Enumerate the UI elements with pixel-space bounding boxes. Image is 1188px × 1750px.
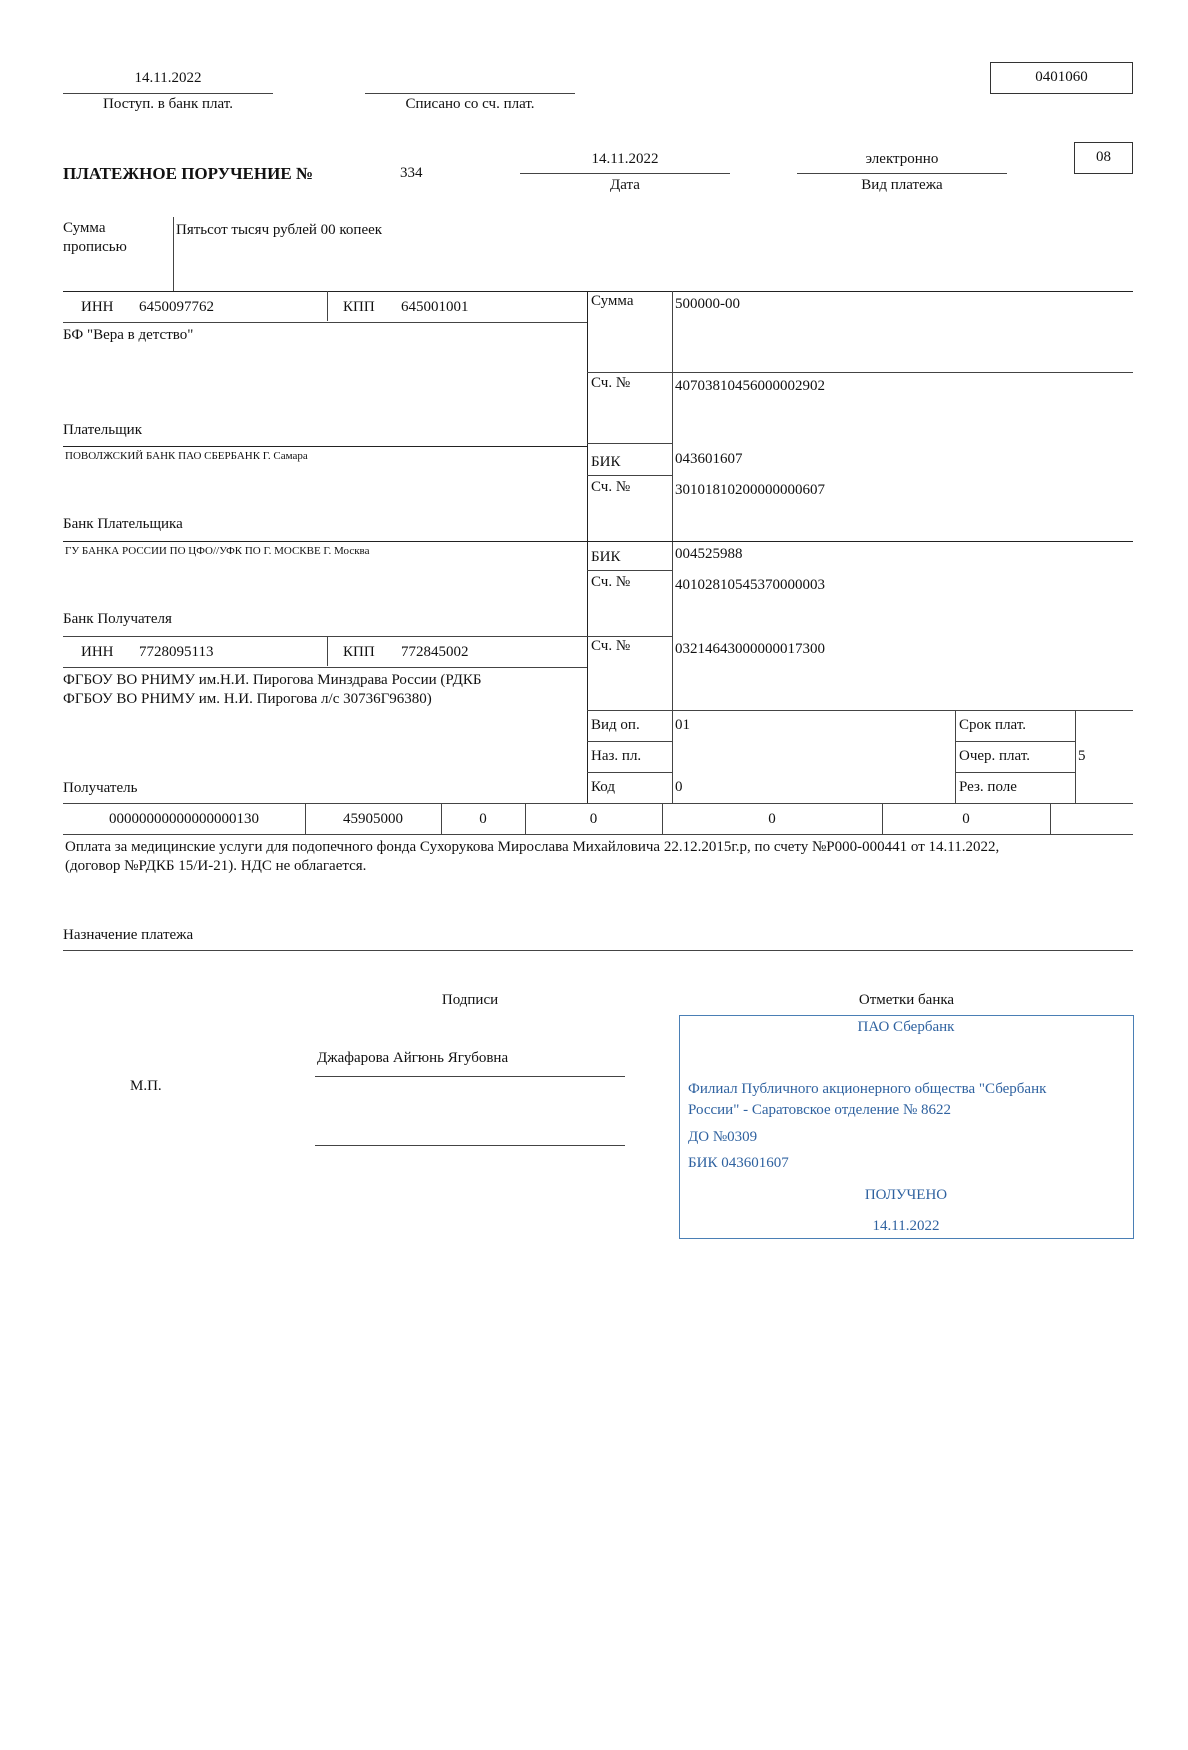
tax-field-doc-number: 0 — [662, 811, 882, 828]
op-type: 01 — [675, 717, 690, 734]
divider — [587, 570, 672, 571]
payer-account: 40703810456000002902 — [675, 378, 825, 395]
divider — [1050, 803, 1051, 834]
op-type-label: Вид оп. — [591, 717, 640, 734]
purpose-label: Назначение платежа — [63, 927, 193, 944]
amount-words-label-2: прописью — [63, 239, 127, 256]
payee-bank-name: ГУ БАНКА РОССИИ ПО ЦФО//УФК ПО Г. МОСКВЕ… — [65, 545, 370, 557]
payee-inn: 7728095113 — [139, 644, 213, 661]
divider — [672, 291, 673, 803]
payee-kpp: 772845002 — [401, 644, 469, 661]
payer-name: БФ "Вера в детство" — [63, 327, 193, 344]
stamp-branch-1: Филиал Публичного акционерного общества … — [688, 1081, 1046, 1098]
payment-type-label: Вид платежа — [797, 177, 1007, 194]
divider — [365, 93, 575, 94]
divider — [587, 741, 672, 742]
payer-bank-account: 30101810200000000607 — [675, 482, 825, 499]
debited-label: Списано со сч. плат. — [365, 96, 575, 113]
divider — [587, 710, 1133, 711]
tax-field-kbk: 00000000000000000130 — [63, 811, 305, 828]
payee-account: 03214643000000017300 — [675, 641, 825, 658]
tax-field-basis: 0 — [441, 811, 525, 828]
signer-name: Джафарова Айгюнь Ягубовна — [317, 1050, 508, 1067]
payer-kpp: 645001001 — [401, 299, 469, 316]
stamp-bank-name: ПАО Сбербанк — [680, 1019, 1132, 1036]
divider — [63, 950, 1133, 951]
payee-label: Получатель — [63, 780, 137, 797]
purpose-line-2: (договор №РДКБ 15/И-21). НДС не облагает… — [65, 858, 366, 875]
order-date-label: Дата — [520, 177, 730, 194]
reserve-label: Рез. поле — [959, 779, 1017, 796]
sum-label: Сумма — [591, 293, 633, 310]
payer-bank-label: Банк Плательщика — [63, 516, 183, 533]
payee-bank-account-label: Сч. № — [591, 574, 630, 591]
divider — [327, 291, 328, 321]
divider — [955, 772, 1075, 773]
stamp-date: 14.11.2022 — [680, 1218, 1132, 1235]
divider — [955, 741, 1075, 742]
divider — [1075, 710, 1076, 803]
payer-bank-account-label: Сч. № — [591, 479, 630, 496]
purpose-code-label: Наз. пл. — [591, 748, 641, 765]
payer-inn: 6450097762 — [139, 299, 214, 316]
form-code: 0401060 — [990, 62, 1133, 94]
code-label: Код — [591, 779, 615, 796]
priority-label: Очер. плат. — [959, 748, 1030, 765]
divider — [63, 636, 672, 637]
divider — [587, 475, 672, 476]
page-title: ПЛАТЕЖНОЕ ПОРУЧЕНИЕ № — [63, 164, 313, 184]
code: 0 — [675, 779, 683, 796]
divider — [587, 372, 1133, 373]
divider — [63, 446, 587, 447]
stamp-branch-2: России" - Саратовское отделение № 8622 — [688, 1102, 951, 1119]
order-date: 14.11.2022 — [520, 151, 730, 168]
divider — [587, 291, 588, 803]
status-code: 08 — [1074, 142, 1133, 174]
received-label: Поступ. в банк плат. — [63, 96, 273, 113]
divider — [955, 710, 956, 803]
received-date: 14.11.2022 — [63, 70, 273, 87]
priority: 5 — [1078, 748, 1086, 765]
stamp-place: М.П. — [130, 1078, 162, 1095]
payee-name-2: ФГБОУ ВО РНИМУ им. Н.И. Пирогова л/с 307… — [63, 691, 432, 708]
divider — [327, 636, 328, 666]
payer-label: Плательщик — [63, 422, 142, 439]
signatures-label: Подписи — [380, 992, 560, 1009]
divider — [63, 834, 1133, 835]
divider — [587, 443, 672, 444]
amount-words-value: Пятьсот тысяч рублей 00 копеек — [176, 222, 382, 239]
payer-inn-label: ИНН — [81, 299, 114, 316]
payee-bik-label: БИК — [591, 549, 620, 566]
divider — [63, 667, 587, 668]
divider — [63, 93, 273, 94]
divider — [797, 173, 1007, 174]
payer-kpp-label: КПП — [343, 299, 375, 316]
payee-bank-account: 40102810545370000003 — [675, 577, 825, 594]
divider — [63, 541, 1133, 542]
payer-bank-name: ПОВОЛЖСКИЙ БАНК ПАО СБЕРБАНК Г. Самара — [65, 450, 308, 462]
payee-kpp-label: КПП — [343, 644, 375, 661]
stamp-bik: БИК 043601607 — [688, 1155, 789, 1172]
payer-bik: 043601607 — [675, 451, 743, 468]
divider — [520, 173, 730, 174]
tax-field-doc-date: 0 — [882, 811, 1050, 828]
divider — [63, 322, 587, 323]
tax-field-period: 0 — [525, 811, 662, 828]
payee-inn-label: ИНН — [81, 644, 114, 661]
divider — [63, 803, 1133, 804]
amount-words-label-1: Сумма — [63, 220, 105, 237]
payee-account-label: Сч. № — [591, 638, 630, 655]
order-number: 334 — [400, 165, 423, 182]
divider — [587, 772, 672, 773]
divider — [173, 217, 174, 291]
signature-line-1 — [315, 1076, 625, 1077]
signature-line-2 — [315, 1145, 625, 1146]
bank-stamp: ПАО Сбербанк Филиал Публичного акционерн… — [679, 1015, 1134, 1239]
payment-type: электронно — [797, 151, 1007, 168]
payee-bank-label: Банк Получателя — [63, 611, 172, 628]
payer-bik-label: БИК — [591, 454, 620, 471]
stamp-office: ДО №0309 — [688, 1129, 757, 1146]
stamp-status: ПОЛУЧЕНО — [680, 1187, 1132, 1204]
payee-name-1: ФГБОУ ВО РНИМУ им.Н.И. Пирогова Минздрав… — [63, 672, 481, 689]
bank-marks-label: Отметки банка — [680, 992, 1133, 1009]
payer-account-label: Сч. № — [591, 375, 630, 392]
sum-value: 500000-00 — [675, 296, 740, 313]
payee-bik: 004525988 — [675, 546, 743, 563]
tax-field-oktmo: 45905000 — [305, 811, 441, 828]
divider — [63, 291, 1133, 292]
term-label: Срок плат. — [959, 717, 1026, 734]
purpose-line-1: Оплата за медицинские услуги для подопеч… — [65, 839, 999, 856]
